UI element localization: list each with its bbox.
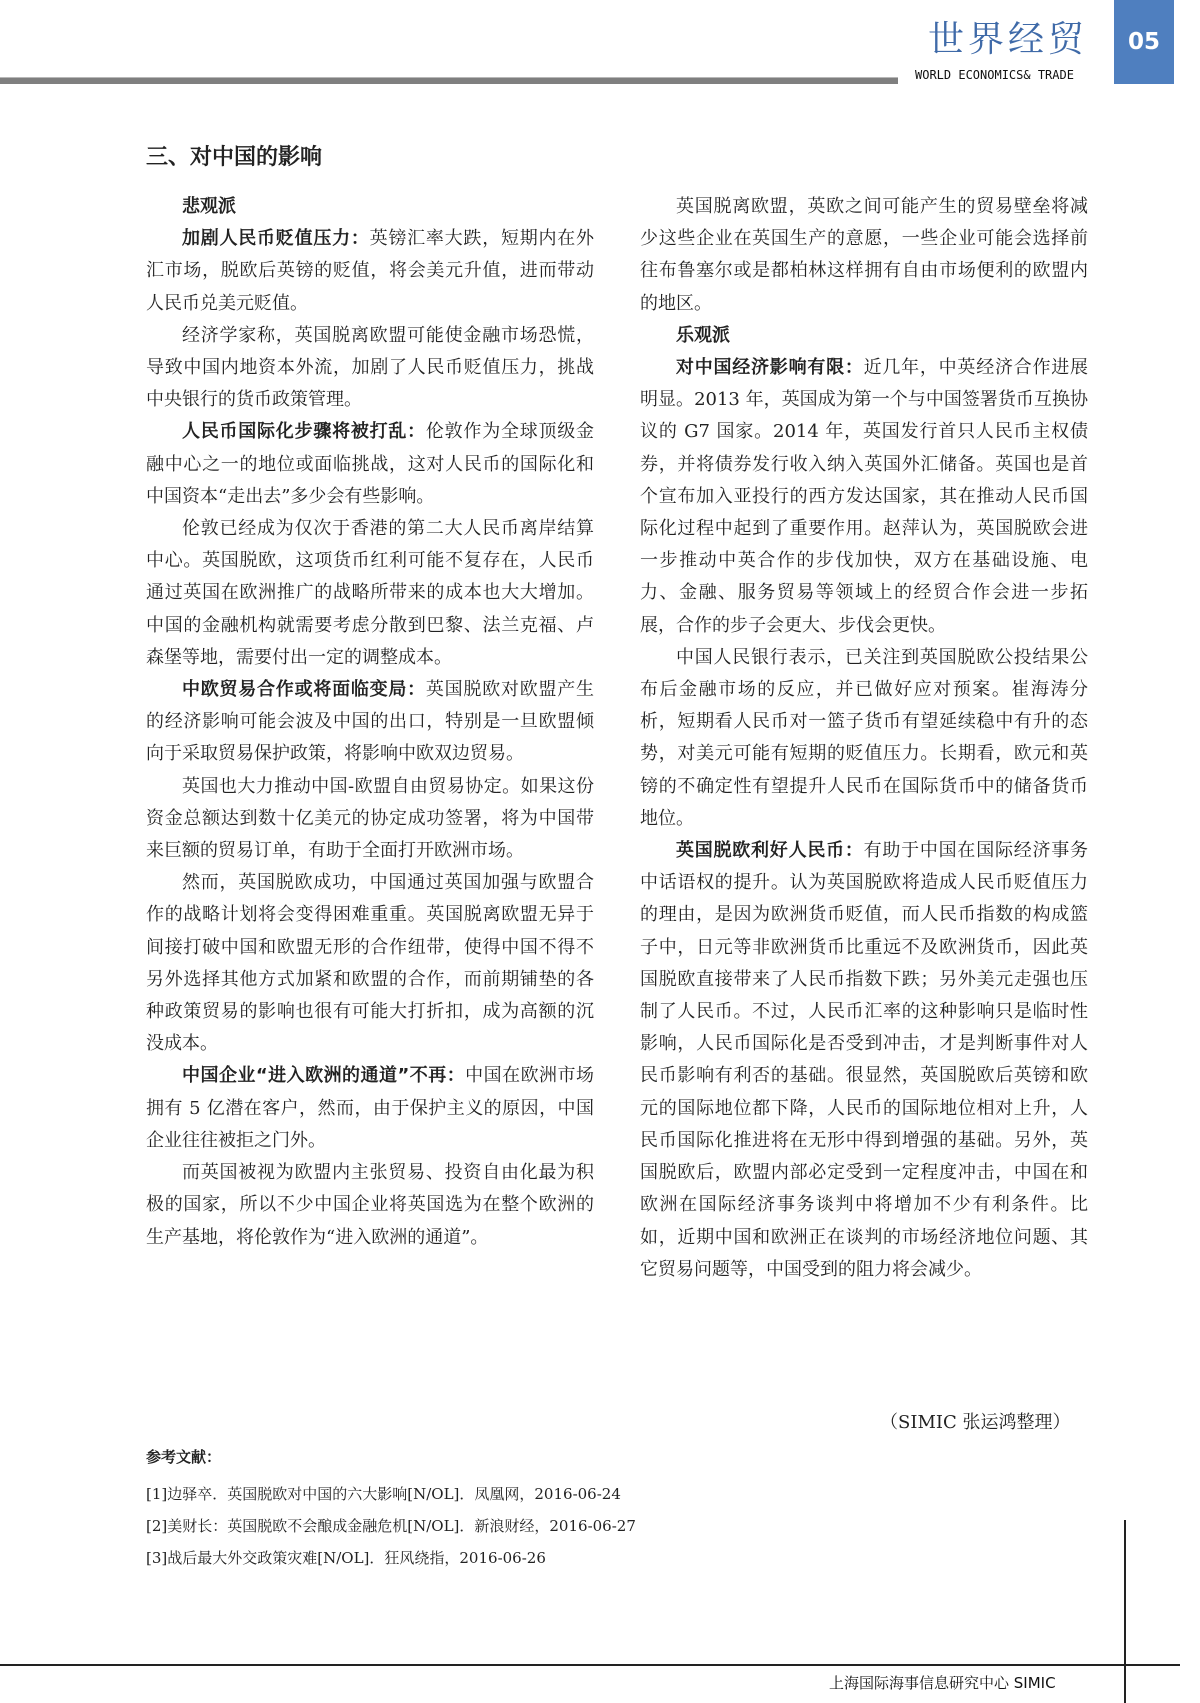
paragraph: 中国人民银行表示，已关注到英国脱欧公投结果公布后金融市场的反应，并已做好应对预案… [640,642,1088,835]
paragraph: 中国企业“进入欧洲的通道”不再：中国在欧洲市场拥有 5 亿潜在客户，然而，由于保… [146,1060,594,1157]
footer-organization: 上海国际海事信息研究中心 SIMIC [829,1672,1056,1694]
paragraph-lead: 英国脱欧利好人民币： [676,840,864,861]
paragraph-lead: 加剧人民币贬值压力： [182,228,370,249]
paragraph: 经济学家称，英国脱离欧盟可能使金融市场恐慌，导致中国内地资本外流，加剧了人民币贬… [146,320,594,417]
reference-item: [1]边驿卒．英国脱欧对中国的六大影响[N/OL]．凤凰网，2016-06-24 [146,1478,636,1510]
paragraph-body: 近几年，中英经济合作进展明显。2013 年，英国成为第一个与中国签署货币互换协议… [640,357,1088,636]
pessimists-heading: 悲观派 [146,191,594,223]
reference-item: [2]美财长：英国脱欧不会酿成金融危机[N/OL]．新浪财经，2016-06-2… [146,1510,636,1542]
references-title: 参考文献： [146,1446,221,1468]
paragraph: 中欧贸易合作或将面临变局：英国脱欧对欧盟产生的经济影响可能会波及中国的出口，特别… [146,674,594,771]
paragraph: 而英国被视为欧盟内主张贸易、投资自由化最为积极的国家，所以不少中国企业将英国选为… [146,1157,594,1254]
journal-subtitle: WORLD ECONOMICS& TRADE [915,67,1074,83]
paragraph-body: 有助于中国在国际经济事务中话语权的提升。认为英国脱欧将造成人民币贬值压力的理由，… [640,840,1088,1280]
journal-title: 世界经贸 [928,18,1088,62]
optimists-heading: 乐观派 [640,320,1088,352]
paragraph: 人民币国际化步骤将被打乱：伦敦作为全球顶级金融中心之一的地位或面临挑战，这对人民… [146,416,594,513]
references-list: [1]边驿卒．英国脱欧对中国的六大影响[N/OL]．凤凰网，2016-06-24… [146,1478,636,1574]
paragraph-lead: 中欧贸易合作或将面临变局： [182,679,426,700]
header-bar [0,77,898,84]
paragraph: 英国也大力推动中国-欧盟自由贸易协定。如果这份资金总额达到数十亿美元的协定成功签… [146,771,594,868]
paragraph: 加剧人民币贬值压力：英镑汇率大跌，短期内在外汇市场，脱欧后英镑的贬值，将会美元升… [146,223,594,320]
page-number-badge: 05 [1114,0,1174,84]
paragraph: 对中国经济影响有限：近几年，中英经济合作进展明显。2013 年，英国成为第一个与… [640,352,1088,642]
author-credit: （SIMIC 张运鸿整理） [880,1408,1070,1438]
reference-item: [3]战后最大外交政策灾难[N/OL]．狂风绕指，2016-06-26 [146,1542,636,1574]
paragraph: 英国脱离欧盟，英欧之间可能产生的贸易壁垒将减少这些企业在英国生产的意愿，一些企业… [640,191,1088,320]
right-column: 英国脱离欧盟，英欧之间可能产生的贸易壁垒将减少这些企业在英国生产的意愿，一些企业… [640,191,1088,1286]
paragraph-lead: 对中国经济影响有限： [676,357,864,378]
footer-rule [0,1664,1180,1666]
left-column: 悲观派 加剧人民币贬值压力：英镑汇率大跌，短期内在外汇市场，脱欧后英镑的贬值，将… [146,191,594,1254]
paragraph: 然而，英国脱欧成功，中国通过英国加强与欧盟合作的战略计划将会变得困难重重。英国脱… [146,867,594,1060]
paragraph: 伦敦已经成为仅次于香港的第二大人民币离岸结算中心。英国脱欧，这项货币红利可能不复… [146,513,594,674]
footer-vertical-rule [1124,1520,1126,1703]
page-number: 05 [1128,29,1160,55]
paragraph-lead: 人民币国际化步骤将被打乱： [182,421,426,442]
section-title: 三、对中国的影响 [146,143,322,173]
paragraph: 英国脱欧利好人民币：有助于中国在国际经济事务中话语权的提升。认为英国脱欧将造成人… [640,835,1088,1286]
paragraph-lead: 中国企业“进入欧洲的通道”不再： [182,1065,465,1086]
